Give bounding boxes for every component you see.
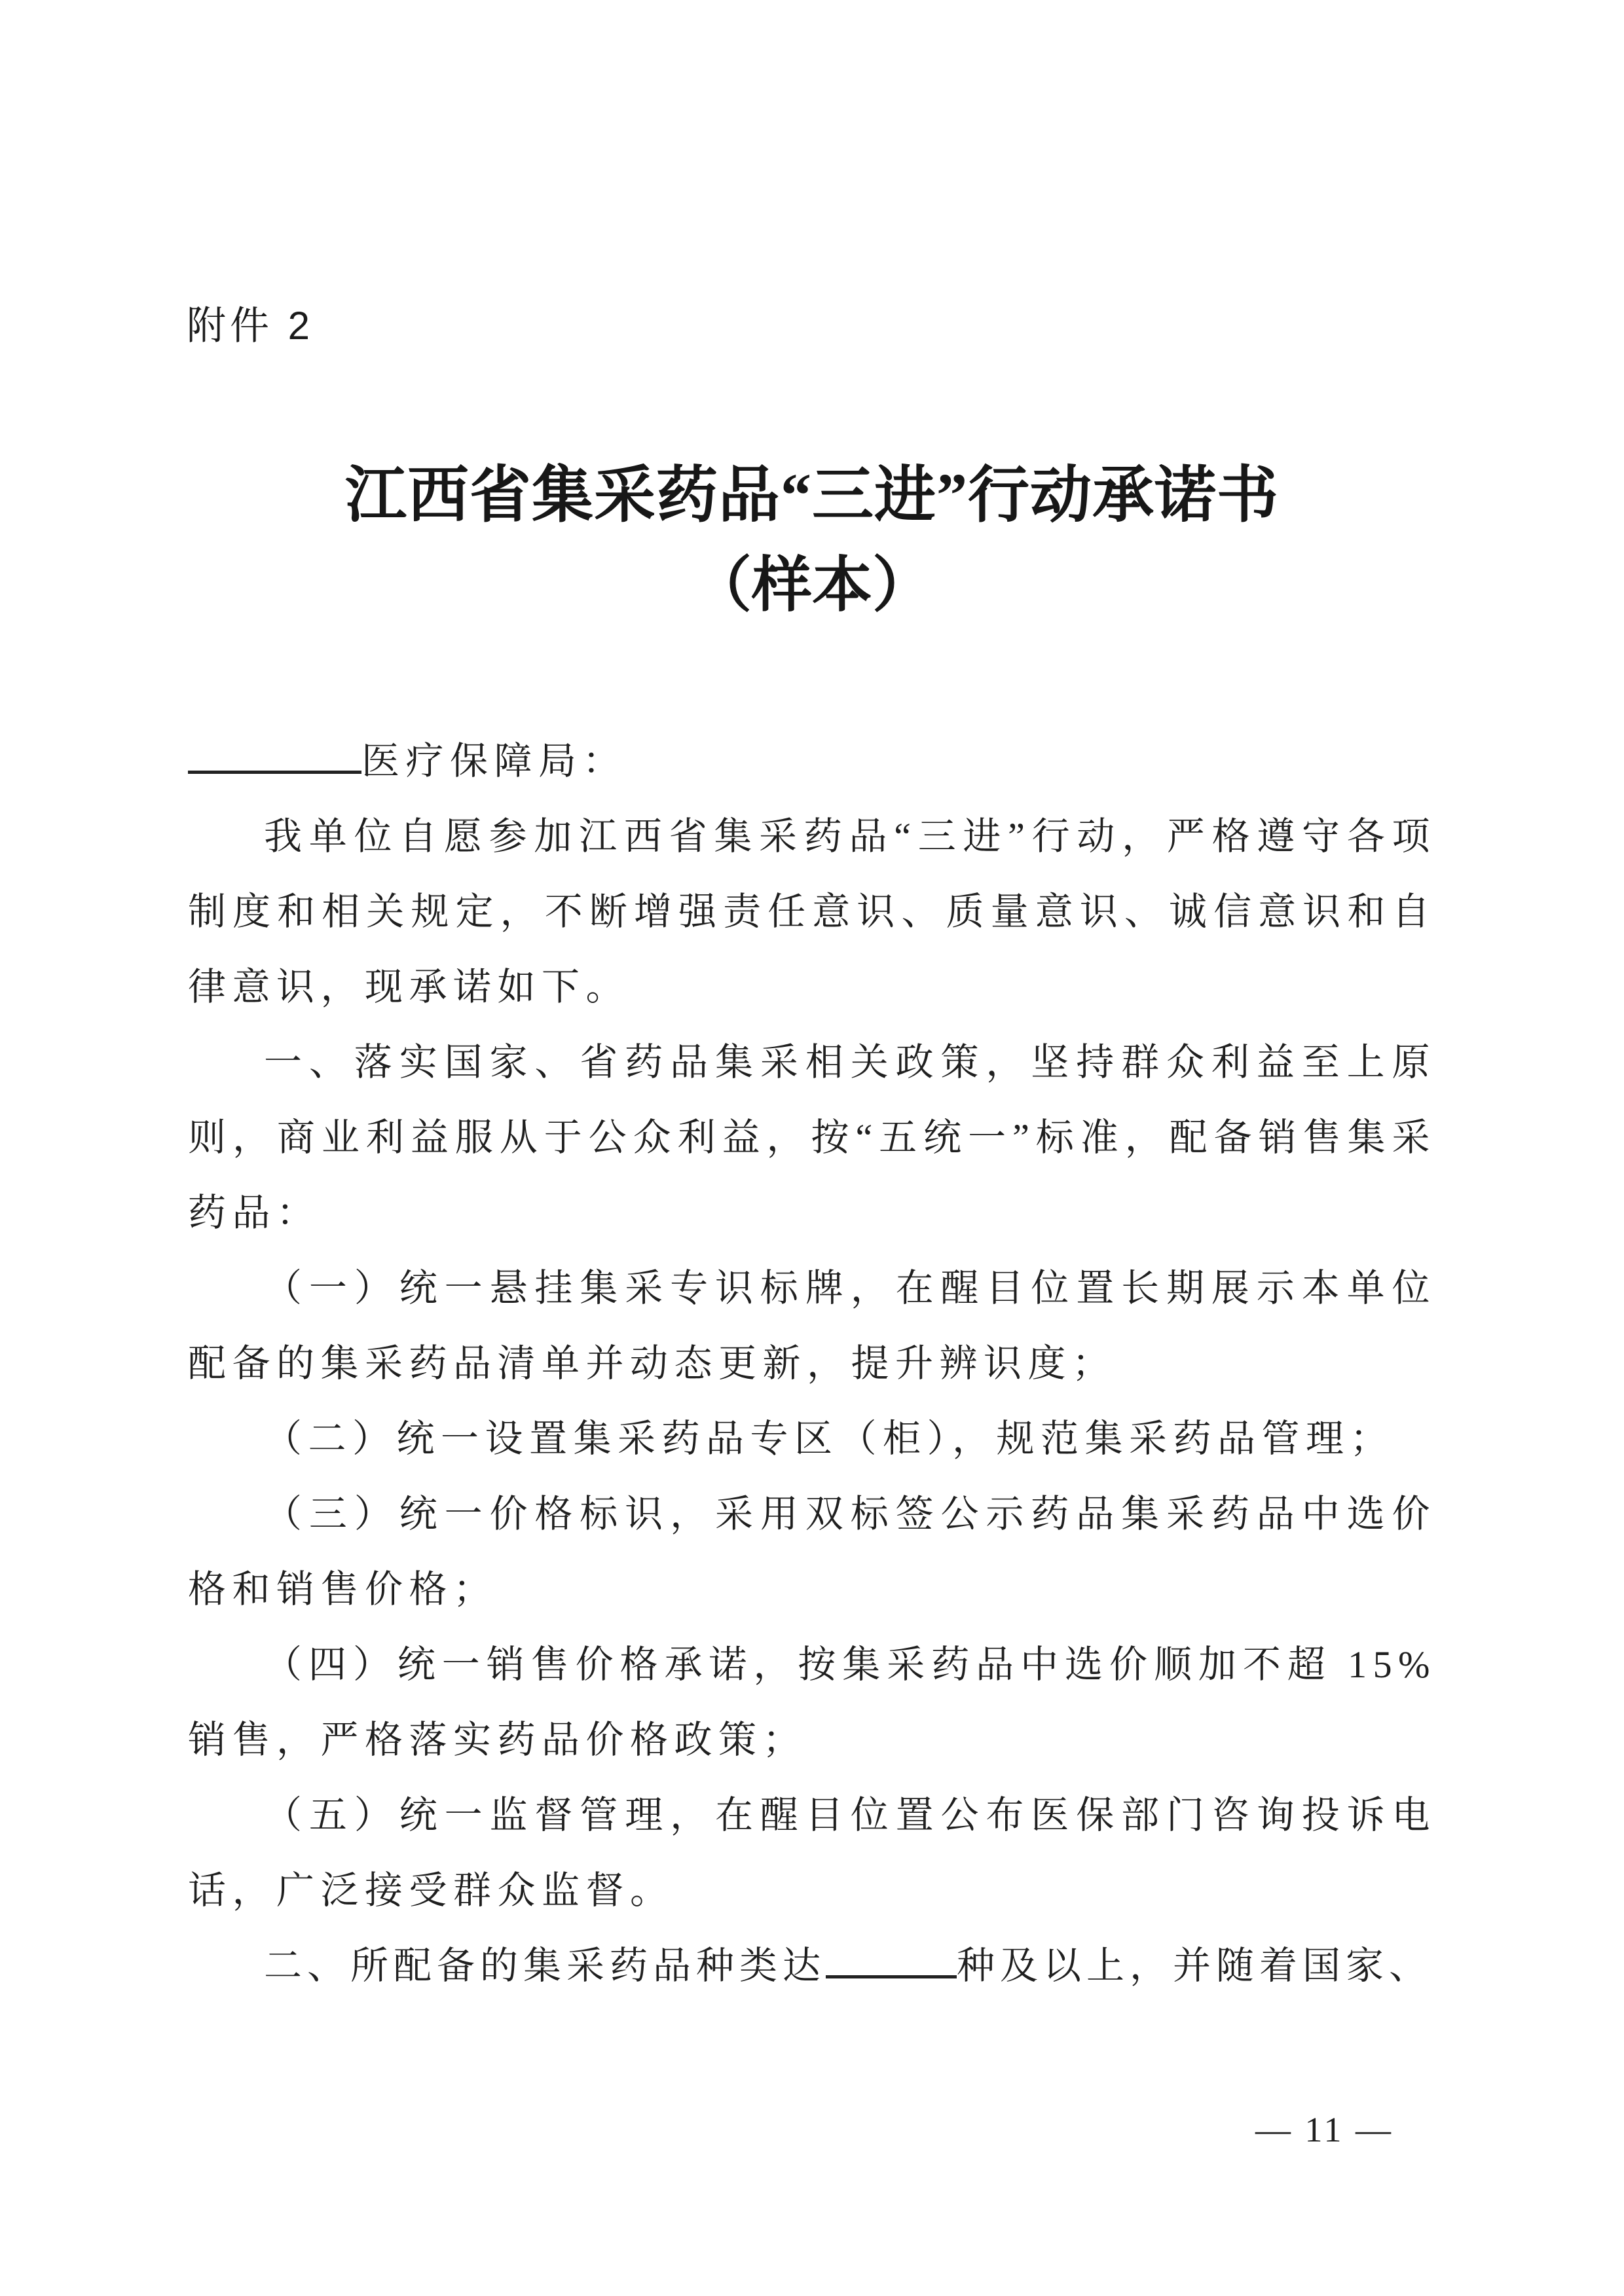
body-paragraph: （二）统一设置集采药品专区（柜），规范集采药品管理； <box>188 1401 1436 1476</box>
recipient-name: 医疗保障局： <box>361 740 627 782</box>
attachment-label: 附件 2 <box>187 306 314 346</box>
document-body: 医疗保障局： 我单位自愿参加江西省集采药品“三进”行动，严格遵守各项制度和相关规… <box>188 723 1436 2003</box>
body-paragraph: 一、落实国家、省药品集采相关政策，坚持群众利益至上原则，商业利益服从于公众利益，… <box>188 1025 1436 1250</box>
salutation-line: 医疗保障局： <box>188 723 1436 799</box>
paragraph-text: 二、所配备的集采药品种类达 <box>264 1944 826 1987</box>
paragraph-text: 种及以上，并随着国家、 <box>957 1944 1432 1987</box>
fill-in-blank-recipient <box>188 770 361 774</box>
body-paragraph: 二、所配备的集采药品种类达种及以上，并随着国家、 <box>188 1928 1436 2003</box>
body-paragraph: （五）统一监督管理，在醒目位置公布医保部门咨询投诉电话，广泛接受群众监督。 <box>188 1777 1436 1928</box>
body-paragraph: （四）统一销售价格承诺，按集采药品中选价顺加不超 15%销售，严格落实药品价格政… <box>188 1627 1436 1777</box>
body-paragraph: 我单位自愿参加江西省集采药品“三进”行动，严格遵守各项制度和相关规定，不断增强责… <box>188 799 1436 1025</box>
body-paragraph: （一）统一悬挂集采专识标牌，在醒目位置长期展示本单位配备的集采药品清单并动态更新… <box>188 1250 1436 1401</box>
body-paragraph: （三）统一价格标识，采用双标签公示药品集采药品中选价格和销售价格； <box>188 1476 1436 1627</box>
fill-in-blank <box>826 1975 957 1978</box>
document-subtitle: （样本） <box>0 555 1624 615</box>
paragraph-list: 我单位自愿参加江西省集采药品“三进”行动，严格遵守各项制度和相关规定，不断增强责… <box>188 799 1436 2003</box>
document-title: 江西省集采药品“三进”行动承诺书 <box>0 465 1624 526</box>
document-page: 附件 2 江西省集采药品“三进”行动承诺书 （样本） 医疗保障局： 我单位自愿参… <box>0 0 1624 2296</box>
page-number: — 11 — <box>1255 2112 1393 2147</box>
